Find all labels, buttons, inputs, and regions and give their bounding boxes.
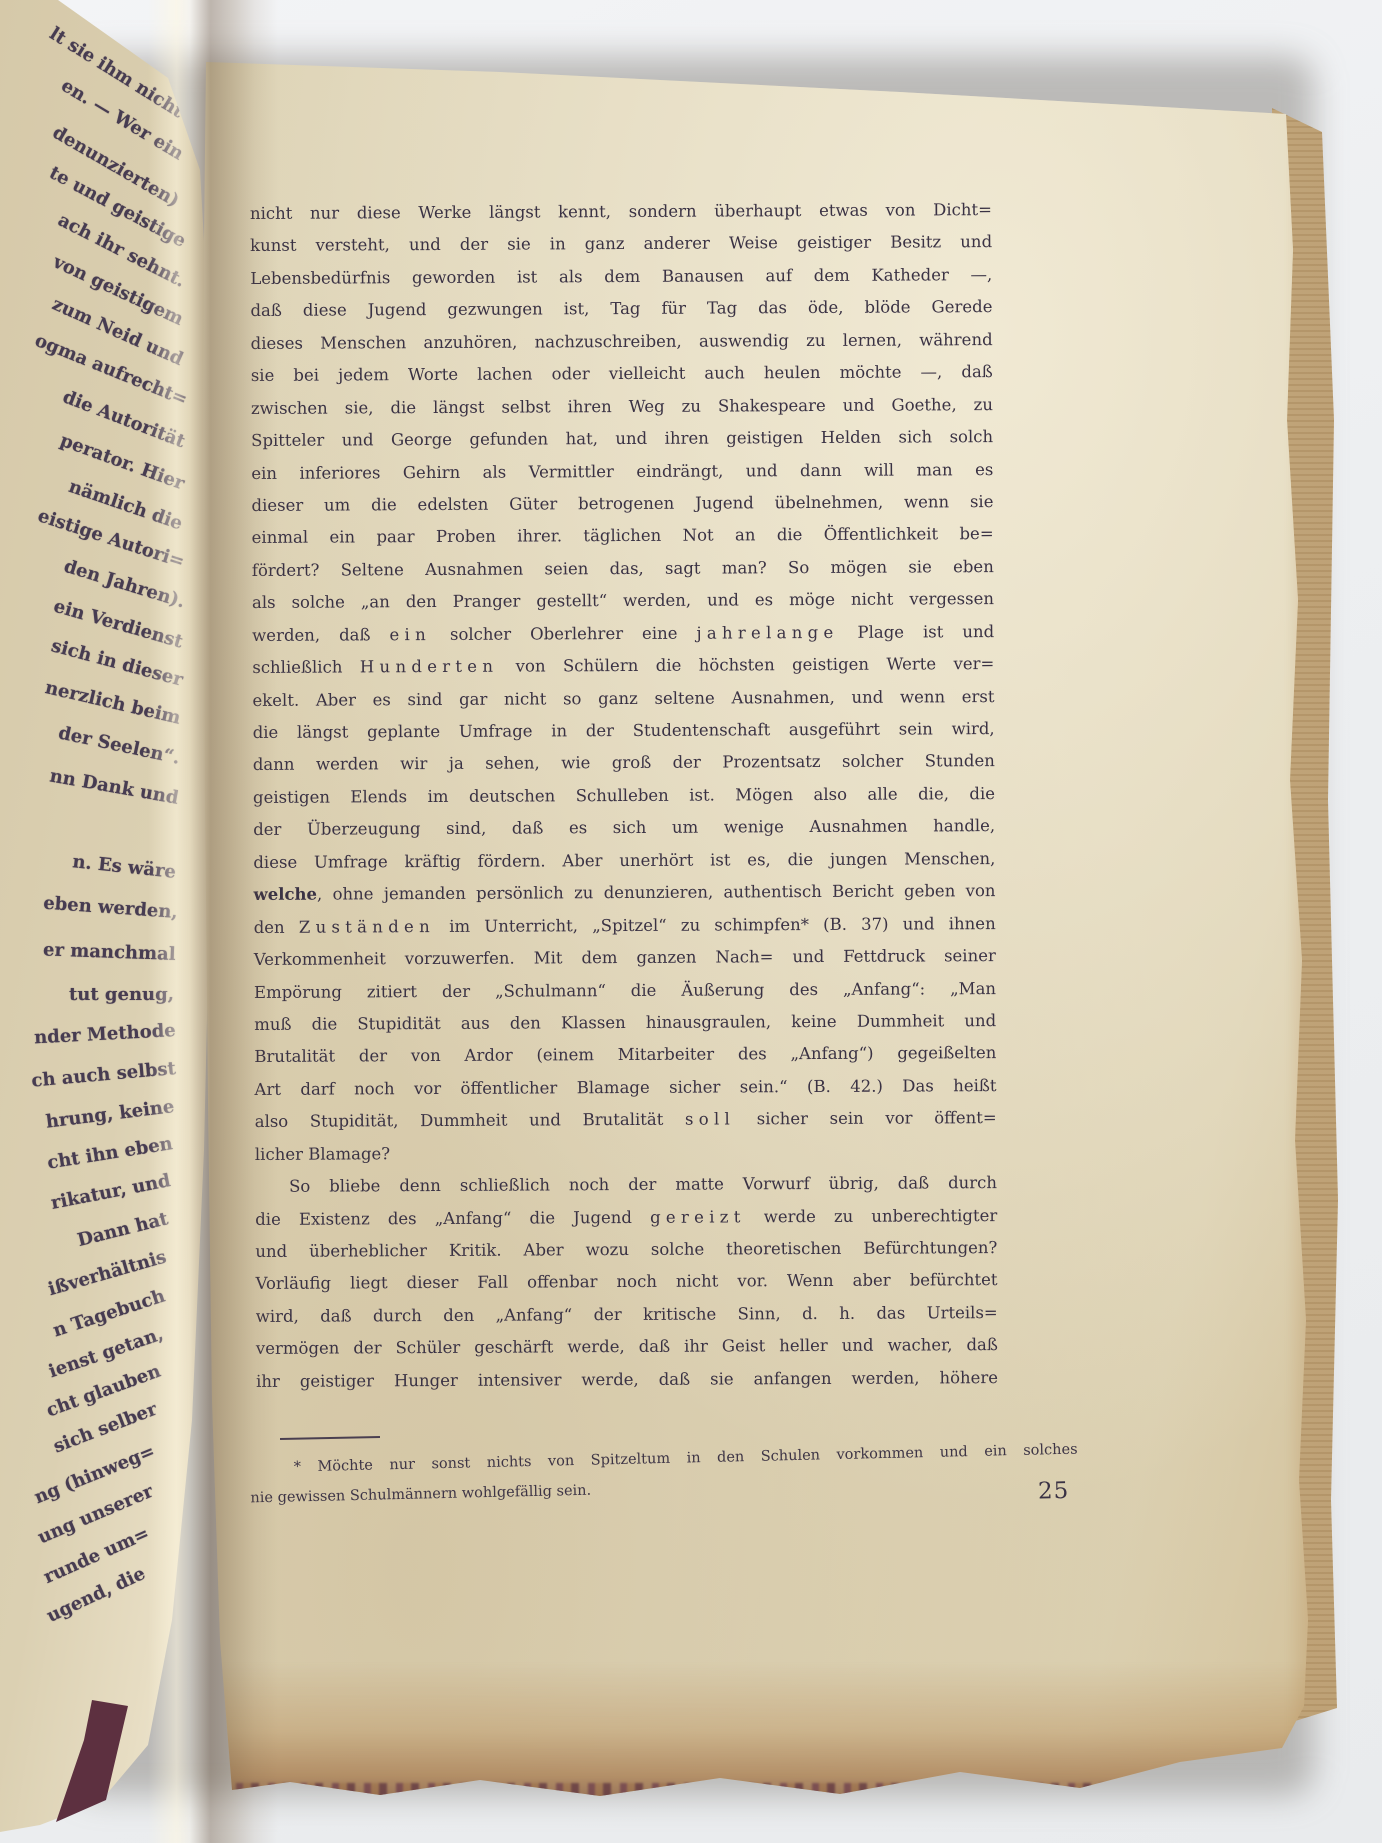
text-line: und überheblicher Kritik. Aber wozu solc… (255, 1232, 997, 1268)
text-line: die längst geplante Umfrage in der Stude… (253, 713, 995, 749)
left-page-text-fragment: der Seelen“. (57, 723, 182, 769)
text-line: So bliebe denn schließlich noch der matt… (255, 1167, 997, 1203)
text-line: ein inferiores Gehirn als Vermittler ein… (251, 454, 993, 490)
text-line: nicht nur diese Werke längst kennt, sond… (250, 194, 992, 230)
text-line: werden, daß ein solcher Oberlehrer eine … (252, 616, 994, 652)
text-line: ekelt. Aber es sind gar nicht so ganz se… (252, 681, 994, 717)
text-line: ihr geistiger Hunger intensiver werde, d… (256, 1362, 998, 1398)
text-line: Empörung zitiert der „Schulmann“ die Äuß… (254, 973, 996, 1009)
text-line: Art darf noch vor öffentlicher Blamage s… (254, 1070, 996, 1106)
text-line: sie bei jedem Worte lachen oder vielleic… (251, 356, 993, 392)
text-line: muß die Stupidität aus den Klassen hinau… (254, 1005, 996, 1041)
text-line: Lebensbedürfnis geworden ist als dem Ban… (250, 259, 992, 295)
text-line: welche, ohne jemanden persönlich zu denu… (253, 875, 995, 911)
text-line: als solche „an den Pranger gestellt“ wer… (252, 583, 994, 619)
text-line: Brutalität der von Ardor (einem Mitarbei… (254, 1037, 996, 1073)
text-line: dieser um die edelsten Güter betrogenen … (251, 486, 993, 522)
text-line: den Zuständen im Unterricht, „Spitzel“ z… (254, 908, 996, 944)
left-page-text-fragment: cht ihn eben (45, 1133, 173, 1174)
book-photo: sich selbstlt sie ihm nichten. — Wer ein… (0, 0, 1382, 1843)
text-line: einmal ein paar Proben ihrer. täglichen … (252, 518, 994, 554)
text-line: also Stupidität, Dummheit und Brutalität… (255, 1102, 997, 1138)
text-line: diese Umfrage kräftig fördern. Aber uner… (253, 843, 995, 879)
text-line: die Existenz des „Anfang“ die Jugend ger… (255, 1200, 997, 1236)
left-page-text-fragment: nder Methode (34, 1020, 177, 1048)
left-page-text-fragment: er manchmal (43, 939, 176, 965)
footnote: * Möchte nur sonst nichts von Spitzeltum… (249, 1435, 1078, 1514)
text-line: fördert? Seltene Ausnahmen seien das, sa… (252, 551, 994, 587)
left-page-text-fragment: rikatur, und (49, 1170, 172, 1214)
text-line: dann werden wir ja sehen, wie groß der P… (253, 745, 995, 781)
left-page-text-fragment: nn Dank und (48, 766, 180, 809)
text-line: licher Blamage? (255, 1135, 997, 1171)
text-line: wird, daß durch den „Anfang“ der kritisc… (256, 1297, 998, 1333)
text-line: vermögen der Schüler geschärft werde, da… (256, 1329, 998, 1365)
left-page-text-fragment: tut genug, (69, 984, 174, 1005)
left-page-text-fragment: ch auch selbst (31, 1058, 177, 1092)
page-text: nicht nur diese Werke längst kennt, sond… (250, 194, 998, 1398)
page-number: 25 (1038, 1477, 1098, 1504)
text-line: daß diese Jugend gezwungen ist, Tag für … (250, 291, 992, 327)
left-page-text-fragment: n. Es wäre (72, 851, 177, 883)
text-line: Spitteler und George gefunden hat, und i… (251, 421, 993, 457)
text-line: Vorläufig liegt dieser Fall offenbar noc… (255, 1264, 997, 1300)
text-line: zwischen sie, die längst selbst ihren We… (251, 389, 993, 425)
left-page-text-fragment: hrung, keine (45, 1096, 176, 1133)
left-page-text-fragment: Dann hat (75, 1208, 170, 1251)
text-line: dieses Menschen anzuhören, nachzuschreib… (251, 324, 993, 360)
text-line: geistigen Elends im deutschen Schulleben… (253, 778, 995, 814)
text-line: kunst versteht, und der sie in ganz ande… (250, 227, 992, 263)
text-line: Verkommenheit vorzuwerfen. Mit dem ganze… (254, 940, 996, 976)
text-line: der Überzeugung sind, daß es sich um wen… (253, 810, 995, 846)
footnote-rule (280, 1436, 380, 1440)
left-page-text-fragment: eben werden, (43, 893, 179, 923)
text-line: schließlich Hunderten von Schülern die h… (252, 648, 994, 684)
